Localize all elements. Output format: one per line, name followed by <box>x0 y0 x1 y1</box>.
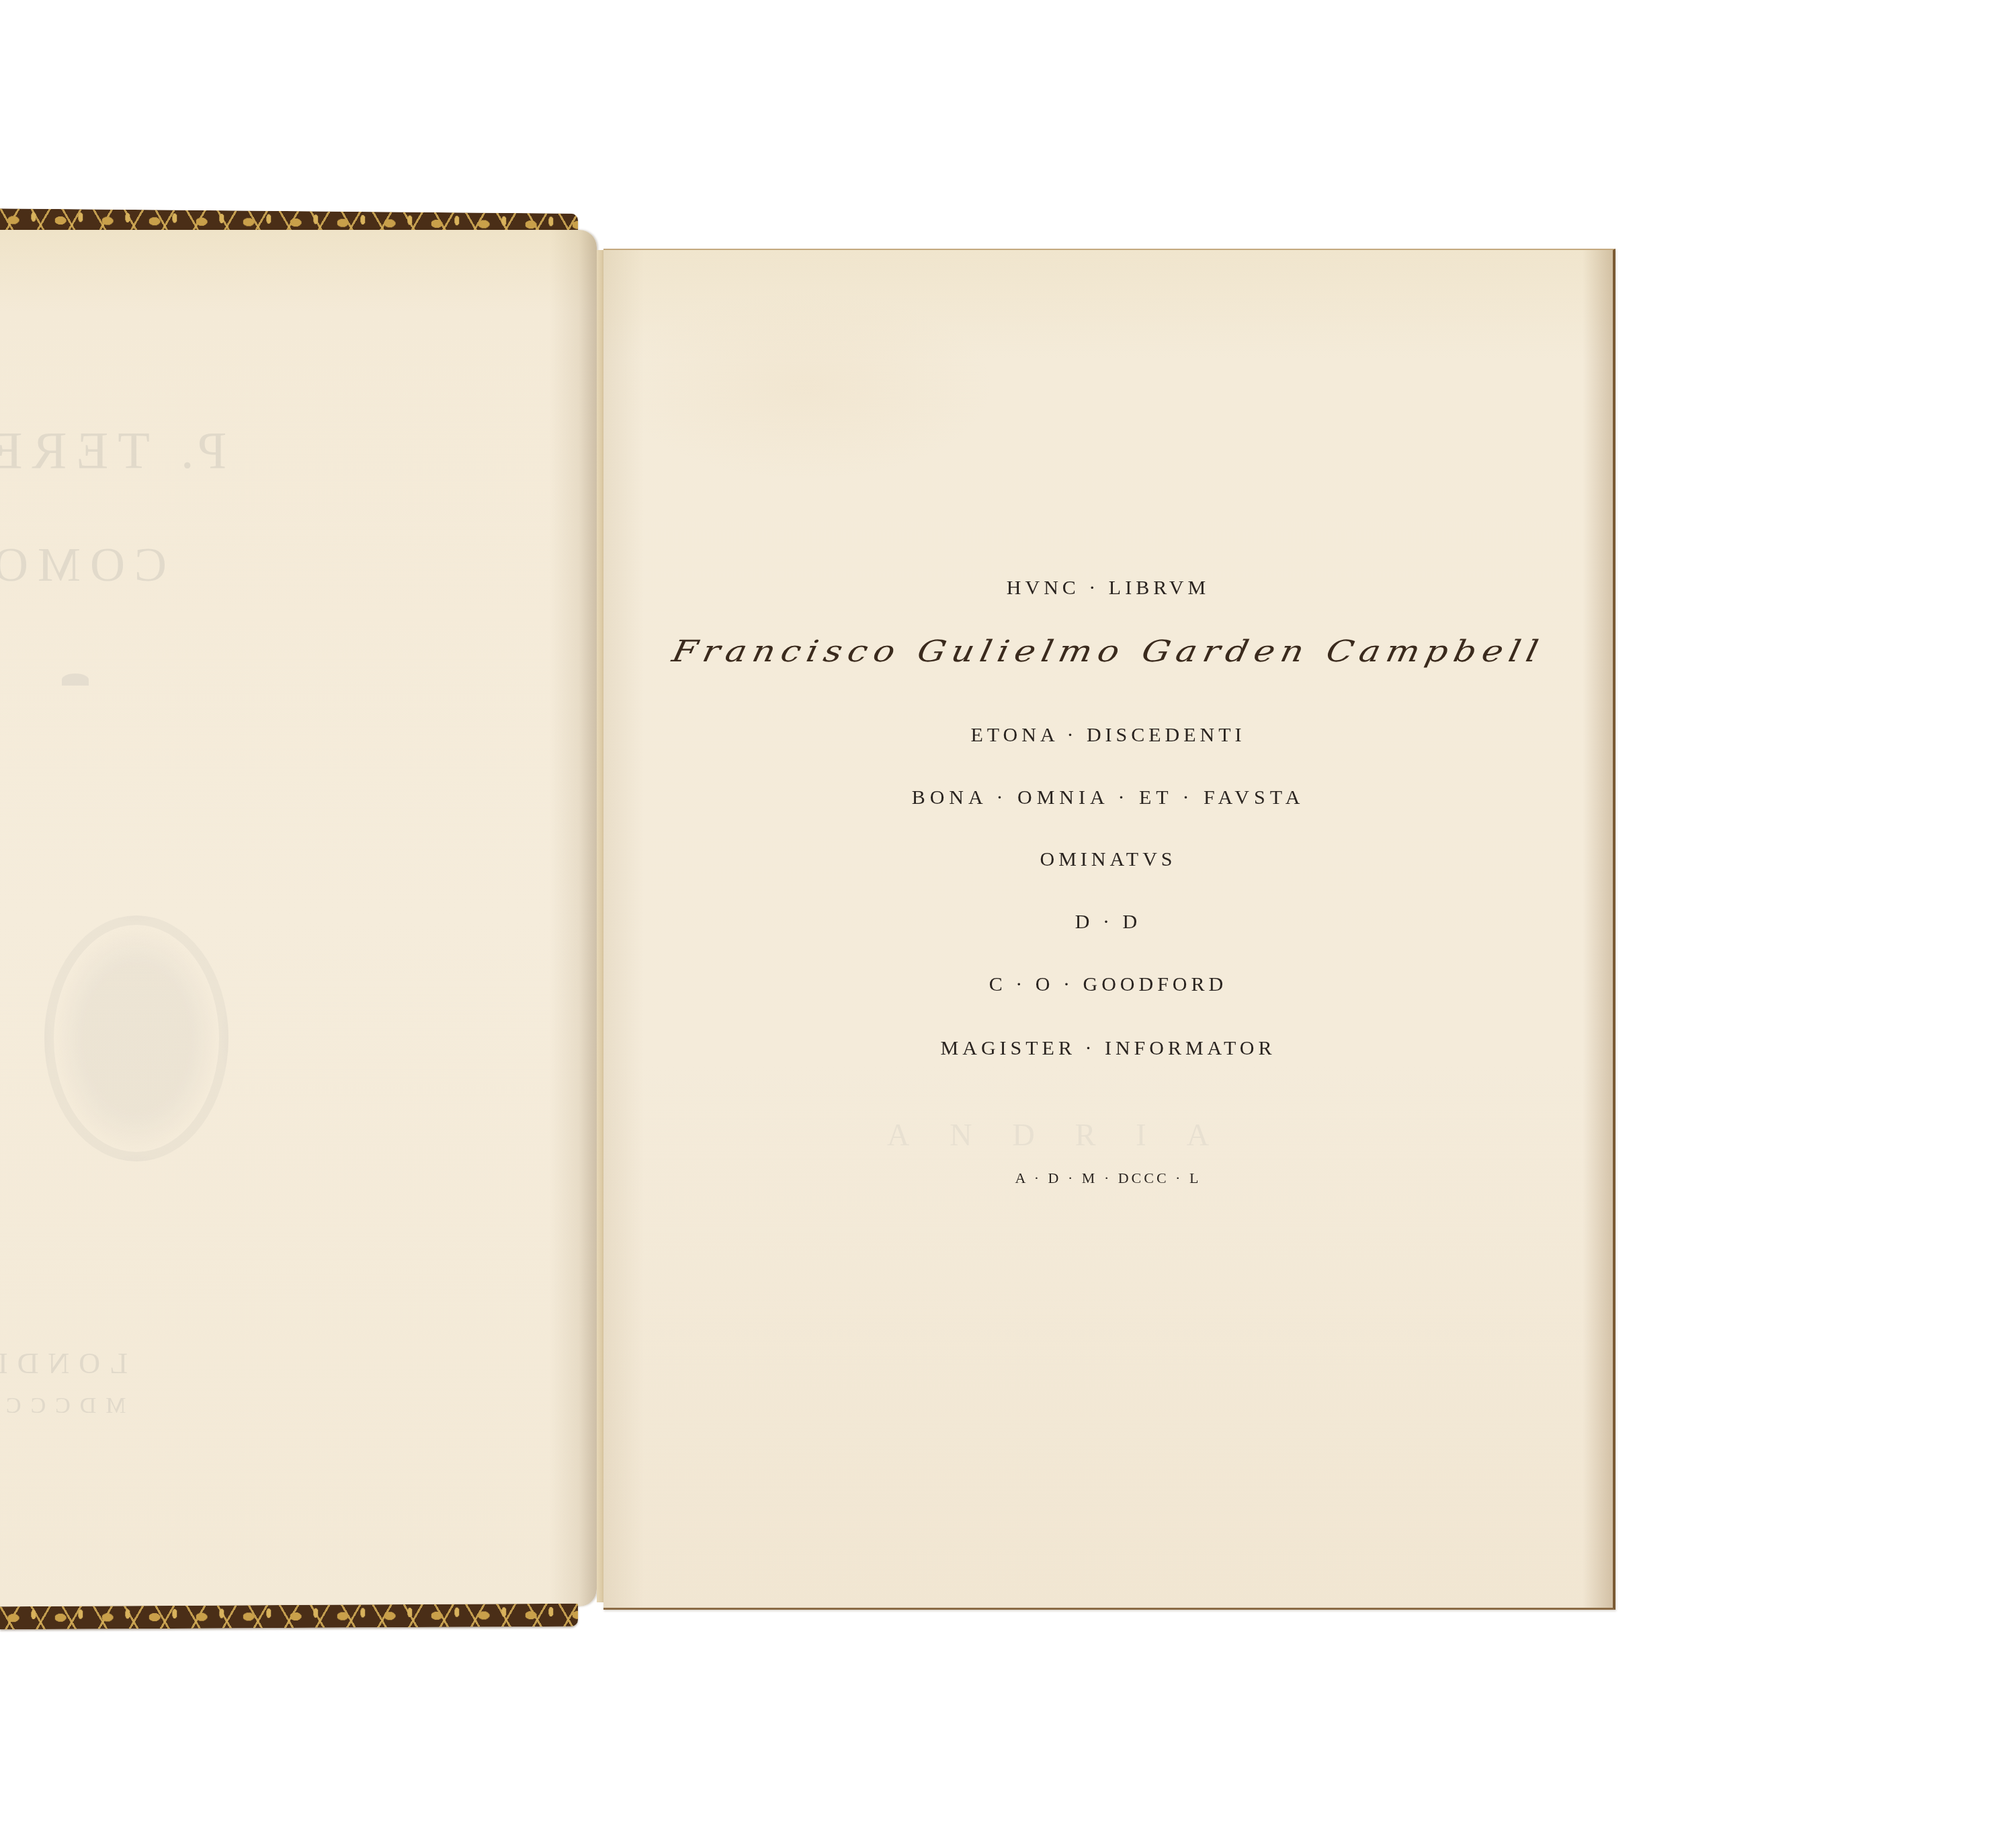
show-through-imprint-place: LONDINI <box>0 1346 128 1381</box>
dedication-line-ominatus: OMINATVS <box>603 848 1613 871</box>
show-through-imprint-year: MDCCCL <box>0 1393 134 1419</box>
left-page: P. TERENTII COMOEDIAE LONDINI MDCCCL <box>0 230 597 1606</box>
gilt-binding-bottom <box>0 1604 578 1630</box>
show-through-subtitle: COMOEDIAE <box>0 537 370 593</box>
show-through-oval-vignette-icon <box>44 915 228 1161</box>
dedication-line-goodford: C · O · GOODFORD <box>603 973 1613 996</box>
show-through-andria: ANDRIA <box>887 1117 1249 1153</box>
book-photo: P. TERENTII COMOEDIAE LONDINI MDCCCL AND… <box>0 0 2016 1845</box>
gutter-leaf-edge <box>597 250 603 1602</box>
dedication-date: A · D · M · DCCC · L <box>603 1170 1613 1187</box>
show-through-ornament-icon <box>62 673 89 686</box>
show-through-title: P. TERENTII <box>0 420 417 481</box>
dedication-line-hunc-librum: HVNC · LIBRVM <box>603 577 1613 600</box>
dedication-line-magister: MAGISTER · INFORMATOR <box>603 1037 1613 1060</box>
dedication-line-bona-omnia: BONA · OMNIA · ET · FAVSTA <box>603 786 1613 809</box>
dedication-line-etona: ETONA · DISCEDENTI <box>603 724 1613 747</box>
dedication-line-dd: D · D <box>603 911 1613 934</box>
handwritten-inscription: Francisco Gulielmo Garden Campbell <box>600 635 1617 669</box>
